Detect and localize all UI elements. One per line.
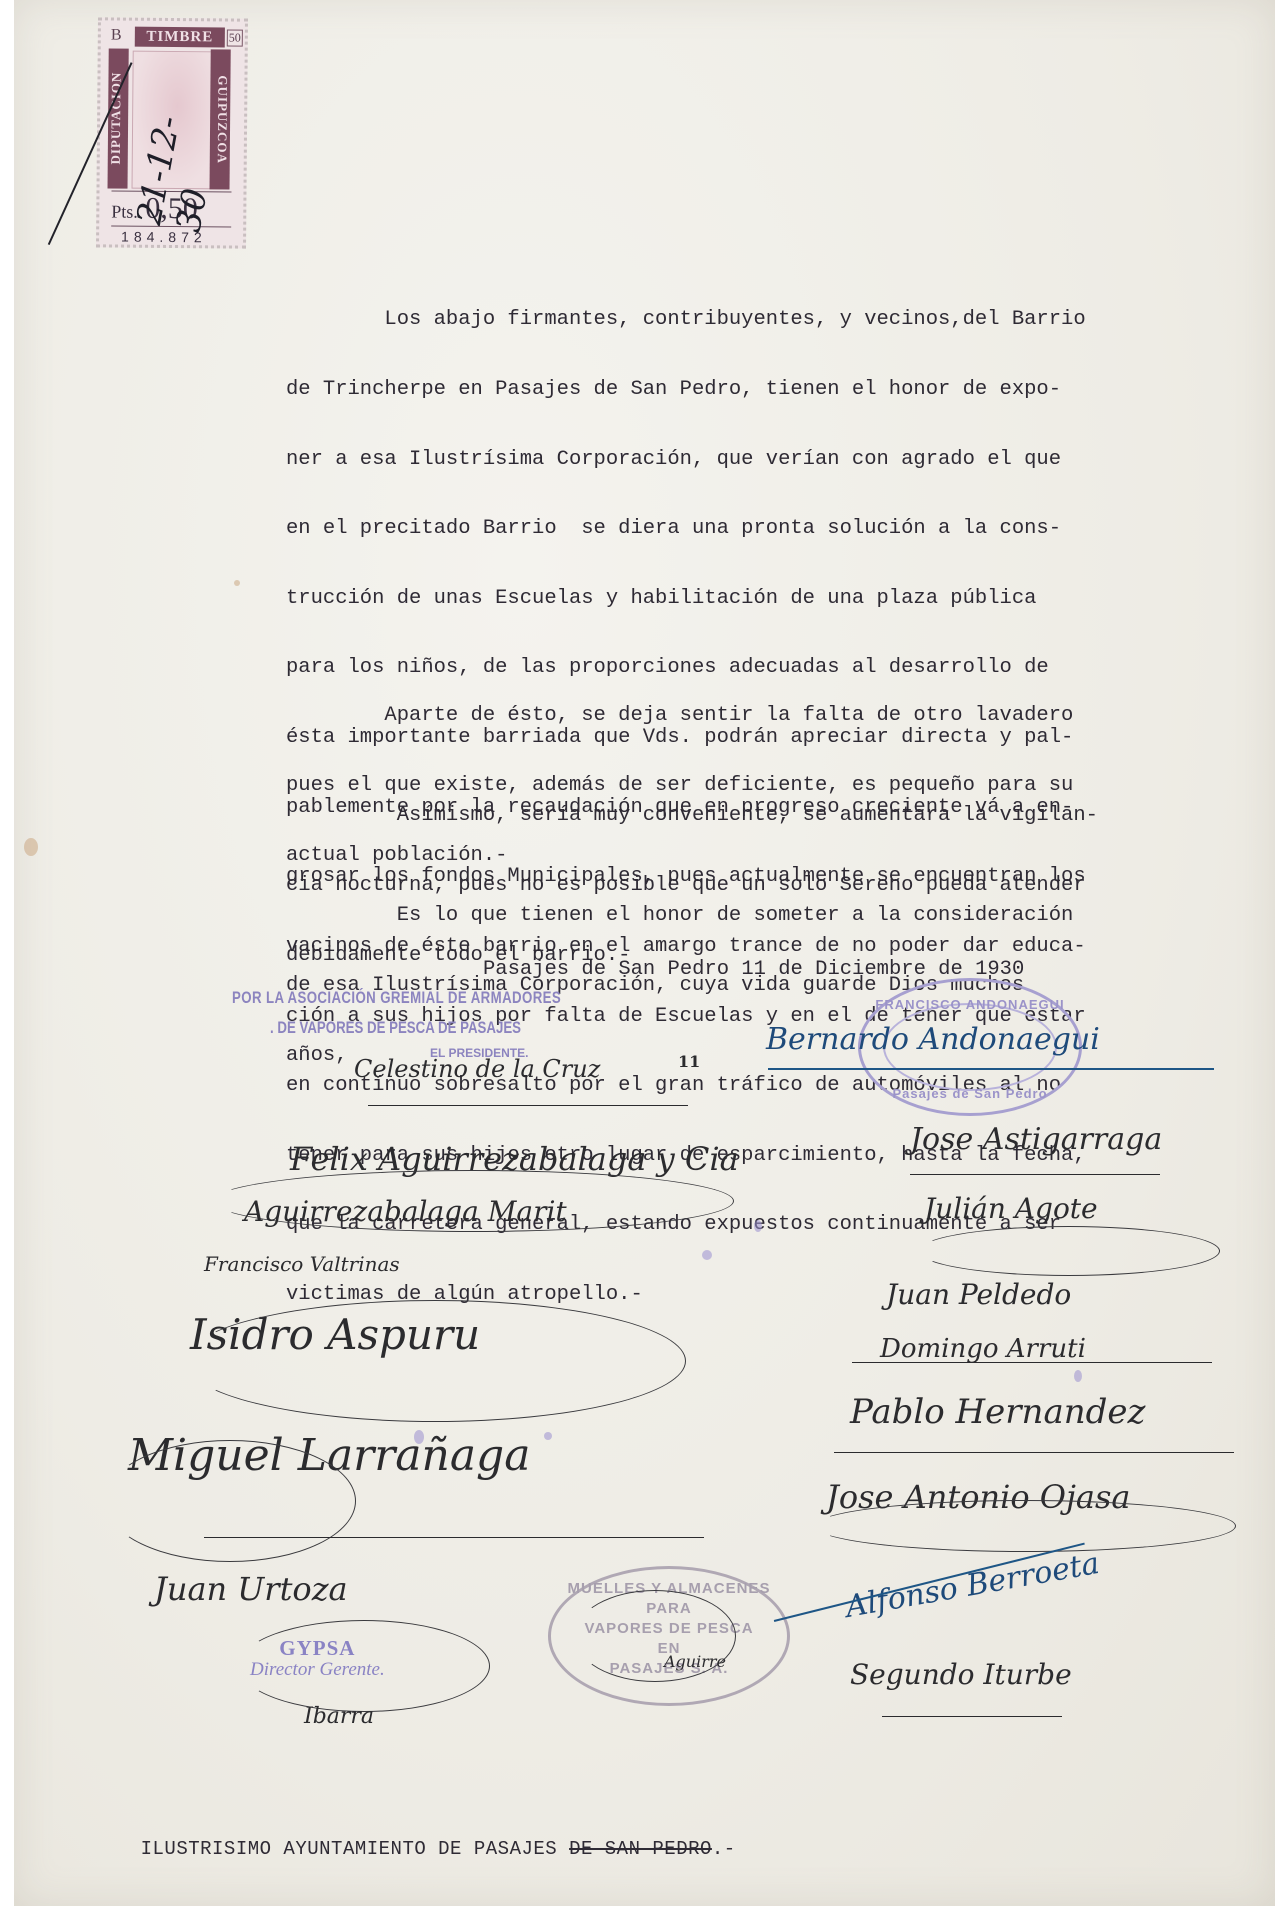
place-date: Pasajes de San Pedro 11 de Diciembre de … xyxy=(483,958,1024,981)
rust-stain xyxy=(234,580,240,586)
stamp-corner-value: 50 xyxy=(227,29,243,46)
text-line: en el precitado Barrio se diera una pron… xyxy=(286,517,1086,540)
signature-aguirrezabalaga-marit: Aguirrezabalaga Marit xyxy=(244,1195,567,1228)
ink-blot xyxy=(702,1250,712,1260)
addressee-main: ILUSTRISIMO AYUNTAMIENTO DE PASAJES xyxy=(141,1838,569,1860)
oval-stamp-bottom-text: Pasajes de San Pedro xyxy=(861,1086,1079,1101)
addressee-line: ILUSTRISIMO AYUNTAMIENTO DE PASAJES DE S… xyxy=(93,1816,736,1882)
signature-julian-agote: Julián Agote xyxy=(924,1192,1098,1225)
oval-stamp-top-text: FRANCISCO ANDONAEGUI xyxy=(861,997,1079,1012)
signature-bernardo-andonaegui: Bernardo Andonaegui xyxy=(766,1022,1100,1057)
signature-underline xyxy=(204,1537,704,1538)
fiscal-revenue-stamp: B TIMBRE 50 DIPUTACION GUIPUZCOA Pts. 0,… xyxy=(96,17,248,248)
signature-alfonso-berroeta: Alfonso Berroeta xyxy=(843,1546,1102,1625)
signature-celestino-de-la-cruz: Celestino de la Cruz xyxy=(354,1055,600,1083)
signature-flourish xyxy=(918,1226,1220,1276)
signature-flourish xyxy=(104,1440,356,1562)
signature-underline xyxy=(834,1452,1234,1453)
signature-domingo-arruti: Domingo Arruti xyxy=(880,1334,1086,1364)
stamp-series-letter: B xyxy=(111,26,122,44)
signature-ibarra: Ibarra xyxy=(304,1704,374,1729)
text-line: ner a esa Ilustrísima Corporación, que v… xyxy=(286,448,1086,471)
document-page: B TIMBRE 50 DIPUTACION GUIPUZCOA Pts. 0,… xyxy=(14,0,1275,1906)
ink-blot xyxy=(414,1430,424,1444)
association-stamp-line2: . DE VAPORES DE PESCA DE PASAJES xyxy=(270,1018,521,1038)
ink-blot xyxy=(1074,1370,1082,1382)
signature-jose-astigarraga: Jose Astigarraga xyxy=(910,1122,1162,1157)
text-line: de Trincherpe en Pasajes de San Pedro, t… xyxy=(286,378,1086,401)
text-line: Aparte de ésto, se deja sentir la falta … xyxy=(286,704,1073,727)
text-line: Es lo que tienen el honor de someter a l… xyxy=(286,904,1073,927)
signature-francisco-valtrinas: Francisco Valtrinas xyxy=(204,1252,400,1276)
signature-pablo-hernandez: Pablo Hernandez xyxy=(850,1392,1145,1432)
signature-flourish xyxy=(184,1300,686,1422)
signature-juan-peldedo: Juan Peldedo xyxy=(886,1278,1071,1311)
signature-juan-urtoza: Juan Urtoza xyxy=(154,1570,348,1608)
addressee-struck-text: DE SAN PEDRO xyxy=(569,1838,712,1860)
stamp-band-top: TIMBRE xyxy=(135,27,225,48)
addressee-tail: .- xyxy=(712,1838,736,1860)
signature-underline xyxy=(368,1105,688,1106)
stamp-band-left: DIPUTACION xyxy=(108,48,129,188)
signature-underline xyxy=(882,1716,1062,1717)
signature-flourish xyxy=(238,1620,490,1712)
signature-underline xyxy=(768,1068,1214,1070)
signature-underline xyxy=(852,1362,1212,1363)
text-line: trucción de unas Escuelas y habilitación… xyxy=(286,587,1086,610)
text-line: Asímismo, sería muy conveniente, se aume… xyxy=(286,804,1098,827)
stray-mark: 11 xyxy=(678,1052,700,1071)
signature-flourish xyxy=(814,1500,1236,1552)
rust-stain xyxy=(24,838,38,856)
signature-underline xyxy=(910,1174,1160,1175)
ink-blot xyxy=(754,1220,762,1232)
ink-blot xyxy=(544,1432,552,1440)
association-stamp-line1: POR LA ASOCIACIÓN GREMIAL DE ARMADORES xyxy=(232,988,561,1008)
signature-flourish xyxy=(574,1590,736,1682)
text-line: Los abajo firmantes, contribuyentes, y v… xyxy=(286,308,1086,331)
signature-segundo-iturbe: Segundo Iturbe xyxy=(850,1658,1072,1691)
